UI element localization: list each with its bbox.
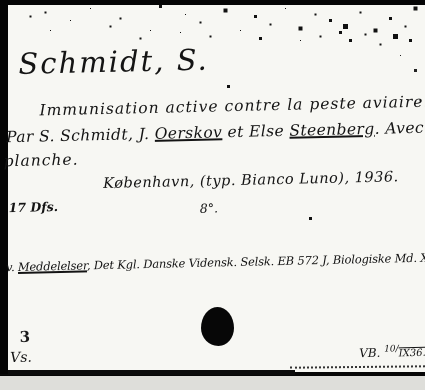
reference-journal: Meddelelser [18, 258, 87, 274]
byline-author2: Oerskov [155, 123, 223, 143]
shelfmark: 17 Dfs. [9, 199, 59, 215]
byline-author3: Steenberg [289, 120, 375, 140]
byline: Par S. Schmidt, J. Oerskov et Else Steen… [6, 118, 425, 146]
hole-punch [201, 307, 234, 346]
byline-text-a: Par S. Schmidt, J. [6, 125, 155, 146]
format-note: 8°. [200, 200, 219, 215]
byline-text-b: et Else [222, 122, 290, 142]
reference-line: v. Meddelelser, Det Kgl. Danske Vidensk.… [6, 250, 425, 274]
stamp-number: 3 [19, 328, 30, 346]
imprint-line: København, (typ. Bianco Luno), 1936. [103, 169, 399, 192]
initials-note: Vs. [10, 350, 32, 366]
accession-numerator: 10/ [384, 344, 399, 354]
scan-background: Schmidt, S. Immunisation active contre l… [0, 0, 425, 390]
accession-date-note: VB. 10/IX36. [359, 344, 425, 361]
title-line: Immunisation active contre la peste avia… [39, 93, 425, 120]
reference-text-b: , Det Kgl. Danske Vidensk. Selsk. EB 572… [87, 250, 425, 272]
reference-text-a: v. [6, 260, 18, 274]
byline-text-c: . Avec 1 [374, 118, 425, 137]
accession-prefix: VB. [359, 346, 381, 360]
accession-denominator: IX36. [399, 348, 425, 360]
title-line-continuation: planche. [3, 151, 78, 171]
author-heading: Schmidt, S. [18, 43, 209, 81]
